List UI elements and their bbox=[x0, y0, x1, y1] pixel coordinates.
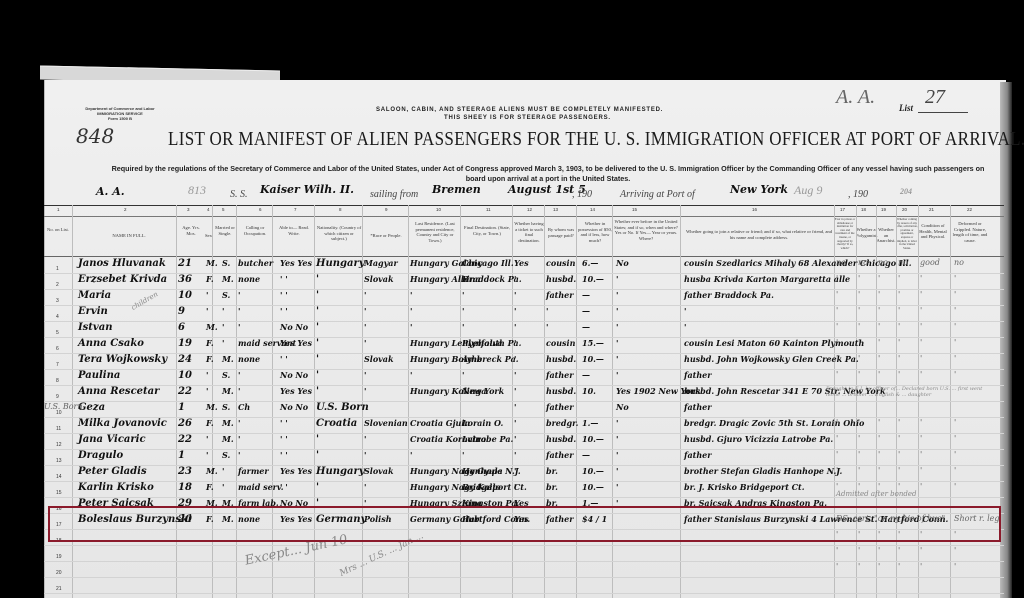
cell-calling: ' bbox=[238, 434, 240, 444]
table-row: 8Paulina10'S.'No No'''''father—'father''… bbox=[44, 370, 1004, 386]
cell-ticket: ' bbox=[514, 466, 516, 476]
cell-race: ' bbox=[364, 322, 366, 332]
cell-health: ' bbox=[920, 274, 922, 283]
cell-paid: ' bbox=[546, 306, 548, 316]
cell-before: ' bbox=[616, 434, 618, 444]
cell-married: S. bbox=[222, 370, 230, 380]
cell-age: 29 bbox=[178, 498, 192, 509]
cell-name: Anna Rescetar bbox=[78, 386, 159, 397]
cell-polyg: ' bbox=[858, 338, 860, 347]
cell-destination: Bridgeport Ct. bbox=[462, 482, 527, 492]
cell-polyg: ' bbox=[858, 354, 860, 363]
col-num: 6 bbox=[259, 207, 262, 212]
cell-calling: ' bbox=[238, 386, 240, 396]
form-department-label: Department of Commerce and Labor IMMIGRA… bbox=[60, 106, 180, 121]
cell-contract: ' bbox=[898, 338, 900, 347]
cell-calling: ' bbox=[238, 306, 240, 316]
cell-sex: M. bbox=[206, 258, 218, 268]
cell-money: 1.— bbox=[582, 418, 598, 428]
row-number: 9 bbox=[56, 394, 59, 400]
cell-name: Erzsebet Krivda bbox=[78, 274, 167, 285]
cell-money: — bbox=[582, 290, 590, 300]
cell-anarch: ' bbox=[878, 354, 880, 363]
row-number: 21 bbox=[56, 586, 62, 592]
header-last-residence: Last Residence. (Last permanent residenc… bbox=[410, 221, 460, 243]
cell-money: $4 / 1 bbox=[582, 514, 607, 524]
cell-rw: Yes Yes bbox=[280, 258, 312, 268]
cell-destination: Kingston Pa. bbox=[462, 498, 519, 508]
cell-polyg: ' bbox=[858, 274, 860, 283]
cell-nationality: ' bbox=[316, 434, 319, 445]
cell-before: ' bbox=[616, 354, 618, 364]
cell-health: ' bbox=[920, 530, 922, 539]
cell-rw: ' ' bbox=[280, 482, 288, 492]
cell-name: Peter Sajcsak bbox=[78, 498, 154, 509]
required-by-text: Required by the regulations of the Secre… bbox=[108, 164, 988, 184]
admitted-note: Admitted after bonded bbox=[836, 490, 917, 498]
cell-sex: ' bbox=[206, 386, 208, 396]
cell-sex: F. bbox=[206, 418, 214, 428]
row-number: 2 bbox=[56, 282, 59, 288]
cell-rw: No No bbox=[280, 498, 308, 508]
cell-name: Boleslaus Burzynski bbox=[78, 514, 192, 525]
table-row: 17Boleslaus Burzynski20F.M.noneYes YesGe… bbox=[44, 514, 1004, 530]
cell-destination: Chicago Ill. bbox=[462, 258, 514, 268]
cell-health: ' bbox=[920, 306, 922, 315]
cell-name: Ervin bbox=[78, 306, 108, 317]
cell-married: S. bbox=[222, 450, 230, 460]
cell-deformed: ' bbox=[954, 466, 956, 475]
cell-joining: br. J. Krisko Bridgeport Ct. bbox=[684, 482, 805, 492]
cell-money: 10.— bbox=[582, 466, 604, 476]
cell-race: ' bbox=[364, 482, 366, 492]
cell-paid: husbd. bbox=[546, 434, 576, 444]
cell-contract: ' bbox=[898, 418, 900, 427]
table-row: 16Peter Sajcsak29M.M.farm lab.No No''Hun… bbox=[44, 498, 1004, 514]
cell-ticket: ' bbox=[514, 370, 516, 380]
cell-calling: farmer bbox=[238, 466, 269, 476]
header-money: Whether in possession of $50, and if les… bbox=[578, 221, 612, 243]
cell-paid: br. bbox=[546, 482, 558, 492]
cell-married: M. bbox=[222, 354, 234, 364]
cell-nationality: ' bbox=[316, 306, 319, 317]
cell-joining: ' bbox=[684, 322, 686, 332]
cell-prison: no bbox=[836, 258, 846, 267]
cell-ticket: ' bbox=[514, 386, 516, 396]
cell-money: 1.— bbox=[582, 498, 598, 508]
cell-name: Dragulo bbox=[78, 450, 123, 461]
cell-anarch: ' bbox=[878, 306, 880, 315]
cell-joining: ' bbox=[684, 306, 686, 316]
cell-married: M. bbox=[222, 418, 234, 428]
cell-married: ' bbox=[222, 338, 224, 348]
cell-polyg: ' bbox=[858, 562, 860, 571]
cell-married: M. bbox=[222, 434, 234, 444]
cell-married: M. bbox=[222, 386, 234, 396]
cell-anarch: ' bbox=[878, 562, 880, 571]
list-mark: A. A. bbox=[836, 86, 875, 109]
header-prison: Ever in prison or almshouse or instituti… bbox=[834, 218, 856, 250]
col-num: 8 bbox=[339, 207, 342, 212]
cell-destination: Plymouth Pa. bbox=[462, 338, 521, 348]
row-number: 18 bbox=[56, 538, 62, 544]
cell-race: ' bbox=[364, 370, 366, 380]
cell-polyg: ' bbox=[858, 450, 860, 459]
cell-health: ' bbox=[920, 546, 922, 555]
cell-paid: bredgr. bbox=[546, 418, 578, 428]
cell-destination: ' bbox=[462, 306, 464, 316]
cell-race: Slovenian bbox=[364, 418, 408, 428]
cell-money: — bbox=[582, 322, 590, 332]
header-before-in-us: Whether ever before in the United States… bbox=[612, 219, 680, 241]
cell-destination: ' bbox=[462, 290, 464, 300]
cell-calling: farm lab. bbox=[238, 498, 279, 508]
col-num: 1 bbox=[57, 207, 60, 212]
cell-money: 6.— bbox=[582, 258, 598, 268]
cell-residence: ' bbox=[410, 290, 412, 300]
cell-anarch: no bbox=[878, 258, 888, 267]
cell-ticket: ' bbox=[514, 290, 516, 300]
cell-joining: husbd. John Wojkowsky Glen Creek Pa. bbox=[684, 354, 859, 364]
cell-nationality: ' bbox=[316, 274, 319, 285]
header-joining: Whether going to join a relative or frie… bbox=[684, 229, 834, 240]
cell-deformed: ' bbox=[954, 370, 956, 379]
row-number: 15 bbox=[56, 490, 62, 496]
row-number: 19 bbox=[56, 554, 62, 560]
cell-sex: F. bbox=[206, 482, 214, 492]
cell-calling: ' bbox=[238, 322, 240, 332]
cell-ticket: ' bbox=[514, 434, 516, 444]
table-row: 14Peter Gladis23M.'farmerYes YesHungaryS… bbox=[44, 466, 1004, 482]
cell-contract: ' bbox=[898, 450, 900, 459]
ship-code: A. A. bbox=[96, 185, 125, 198]
cell-health: ' bbox=[920, 418, 922, 427]
cell-nationality: ' bbox=[316, 498, 319, 509]
cell-health: ' bbox=[920, 434, 922, 443]
table-row: 1Janos Hluvanak21M.S.butcherYes YesHunga… bbox=[44, 258, 1004, 274]
ss-label: S. S. bbox=[230, 189, 248, 200]
cell-name: Jana Vicaric bbox=[78, 434, 146, 445]
col-num: 3 bbox=[187, 207, 190, 212]
cell-polyg: ' bbox=[858, 306, 860, 315]
cell-race: ' bbox=[364, 290, 366, 300]
header-ticket: Whether having a ticket to such final de… bbox=[514, 221, 544, 243]
cell-before: ' bbox=[616, 322, 618, 332]
cell-money: — bbox=[582, 306, 590, 316]
col-num: 18 bbox=[861, 207, 866, 212]
cell-ticket: Yes bbox=[514, 258, 529, 268]
cell-nationality: U.S. Born bbox=[316, 402, 369, 413]
header-married: Married or Single. bbox=[214, 225, 236, 236]
cell-prison: ' bbox=[836, 466, 838, 475]
cell-anarch: ' bbox=[878, 338, 880, 347]
cell-anarch: ' bbox=[878, 546, 880, 555]
cell-deformed: Short r. leg bbox=[954, 514, 999, 523]
arriving-label: Arriving at Port of bbox=[620, 189, 695, 200]
row-number: 17 bbox=[56, 522, 62, 528]
cell-anarch: ' bbox=[878, 418, 880, 427]
col-num: 4 bbox=[207, 207, 210, 212]
cell-age: 19 bbox=[178, 338, 192, 349]
cell-married: S. bbox=[222, 290, 230, 300]
cell-health: ' bbox=[920, 370, 922, 379]
list-number: 27 bbox=[925, 86, 945, 109]
table-row: 5Istvan6M.''No No''''''—'''''''' bbox=[44, 322, 1004, 338]
cell-deformed: ' bbox=[954, 530, 956, 539]
cell-rw: No No bbox=[280, 370, 308, 380]
cell-prison: ' bbox=[836, 546, 838, 555]
cell-residence: ' bbox=[410, 370, 412, 380]
cell-calling: Ch bbox=[238, 402, 250, 412]
row-number: 1 bbox=[56, 266, 59, 272]
cell-race: Slovak bbox=[364, 354, 394, 364]
margin-note-us-born: U.S. Born bbox=[44, 402, 83, 411]
document-title: LIST OR MANIFEST OF ALIEN PASSENGERS FOR… bbox=[168, 128, 1024, 151]
cell-ticket: ' bbox=[514, 418, 516, 428]
cell-calling: ' bbox=[238, 450, 240, 460]
cell-contract: ' bbox=[898, 354, 900, 363]
cell-prison: ' bbox=[836, 418, 838, 427]
cell-anarch: ' bbox=[878, 322, 880, 331]
cell-destination: Ambreck Pa. bbox=[462, 354, 519, 364]
cell-money: — bbox=[582, 370, 590, 380]
faint-number: 813 bbox=[188, 183, 206, 198]
table-row: 18'''''' bbox=[44, 530, 1004, 546]
col-num: 9 bbox=[385, 207, 388, 212]
cell-money: 10.— bbox=[582, 434, 604, 444]
col-num: 13 bbox=[553, 207, 558, 212]
cell-destination: ' bbox=[462, 450, 464, 460]
cell-before: ' bbox=[616, 466, 618, 476]
table-row: 21 bbox=[44, 578, 1004, 594]
cell-joining: father bbox=[684, 402, 711, 412]
cell-ticket: Yes bbox=[514, 514, 529, 524]
cell-age: 21 bbox=[178, 258, 192, 269]
row-number: 14 bbox=[56, 474, 62, 480]
cell-calling: none bbox=[238, 354, 260, 364]
header-deformed: Deformed or Crippled. Nature, length of … bbox=[950, 221, 990, 243]
cell-rw: ' ' bbox=[280, 290, 288, 300]
margin-note-rows-9-10: Brought to E.I. by officer of... Declare… bbox=[826, 386, 996, 398]
header-nationality: Nationality. (Country of which citizen o… bbox=[316, 225, 362, 242]
cell-prison: ' bbox=[836, 434, 838, 443]
cell-nationality: ' bbox=[316, 370, 319, 381]
cell-contract: ' bbox=[898, 530, 900, 539]
cell-health: ' bbox=[920, 482, 922, 491]
table-row: 3Maria10'S.'' ''''''father—'father Bradd… bbox=[44, 290, 1004, 306]
cell-ticket: ' bbox=[514, 402, 516, 412]
cell-health: good bbox=[920, 258, 940, 267]
row-number: 7 bbox=[56, 362, 59, 368]
cell-rw: ' ' bbox=[280, 450, 288, 460]
cell-before: ' bbox=[616, 338, 618, 348]
cell-deformed: ' bbox=[954, 562, 956, 571]
cell-married: ' bbox=[222, 482, 224, 492]
cell-residence: ' bbox=[410, 322, 412, 332]
header-passage-paid: By whom was passage paid? bbox=[546, 227, 576, 238]
cell-joining: father Braddock Pa. bbox=[684, 290, 774, 300]
cell-name: Peter Gladis bbox=[78, 466, 147, 477]
cell-name: Istvan bbox=[78, 322, 113, 333]
table-row: 20'''''' bbox=[44, 562, 1004, 578]
cell-paid: husbd. bbox=[546, 274, 576, 284]
cell-married: ' bbox=[222, 322, 224, 332]
cell-sex: ' bbox=[206, 450, 208, 460]
col-num: 7 bbox=[294, 207, 297, 212]
cell-money: 10.— bbox=[582, 482, 604, 492]
cell-sex: M. bbox=[206, 466, 218, 476]
cell-race: ' bbox=[364, 306, 366, 316]
cell-before: ' bbox=[616, 482, 618, 492]
table-row: 19'''''' bbox=[44, 546, 1004, 562]
cell-anarch: ' bbox=[878, 530, 880, 539]
cell-paid: father bbox=[546, 370, 573, 380]
cell-contract: ' bbox=[898, 322, 900, 331]
cell-sex: F. bbox=[206, 354, 214, 364]
cell-paid: husbd. bbox=[546, 354, 576, 364]
cell-calling: ' bbox=[238, 290, 240, 300]
cell-prison: ' bbox=[836, 290, 838, 299]
cell-paid: cousin bbox=[546, 258, 575, 268]
cell-nationality: Hungary bbox=[316, 466, 365, 477]
cell-residence: ' bbox=[410, 306, 412, 316]
cell-calling: maid serv. bbox=[238, 482, 284, 492]
cell-money: 10.— bbox=[582, 354, 604, 364]
cell-money: — bbox=[582, 450, 590, 460]
cell-age: 22 bbox=[178, 386, 192, 397]
handwritten-file-mark: 848 bbox=[76, 124, 114, 148]
cell-before: ' bbox=[616, 418, 618, 428]
cell-sex: ' bbox=[206, 306, 208, 316]
cell-before: ' bbox=[616, 306, 618, 316]
cell-sex: M. bbox=[206, 498, 218, 508]
header-polygamist: Whether a Polygamist. bbox=[856, 227, 876, 238]
cell-age: 26 bbox=[178, 418, 192, 429]
cell-contract: ' bbox=[898, 306, 900, 315]
cell-health: ' bbox=[920, 338, 922, 347]
col-num: 22 bbox=[967, 207, 972, 212]
cell-ticket: ' bbox=[514, 482, 516, 492]
cell-sex: M. bbox=[206, 402, 218, 412]
cell-deformed: ' bbox=[954, 338, 956, 347]
cell-money: 10. bbox=[582, 386, 596, 396]
cell-rw: Yes Yes bbox=[280, 514, 312, 524]
cell-prison: ' bbox=[836, 530, 838, 539]
cell-health: ' bbox=[920, 466, 922, 475]
cell-paid: father bbox=[546, 514, 573, 524]
col-num: 11 bbox=[486, 207, 491, 212]
cell-health: ' bbox=[920, 354, 922, 363]
cell-residence: ' bbox=[410, 450, 412, 460]
cell-destination: Latrobe Pa. bbox=[462, 434, 513, 444]
cell-race: ' bbox=[364, 338, 366, 348]
cell-nationality: ' bbox=[316, 450, 319, 461]
cell-anarch: ' bbox=[878, 370, 880, 379]
cell-sex: ' bbox=[206, 434, 208, 444]
cell-calling: ' bbox=[238, 370, 240, 380]
header-contract-labor: Whether coming by reason of any offer, s… bbox=[896, 218, 918, 250]
sailing-from-label: sailing from bbox=[370, 189, 418, 200]
cell-married: ' bbox=[222, 306, 224, 316]
table-row: 12Jana Vicaric22'M.'' '''Croatia Korovin… bbox=[44, 434, 1004, 450]
cell-paid: husbd. bbox=[546, 386, 576, 396]
cell-nationality: ' bbox=[316, 338, 319, 349]
cell-anarch: ' bbox=[878, 290, 880, 299]
cell-before: ' bbox=[616, 450, 618, 460]
cell-deformed: no bbox=[954, 258, 964, 267]
cell-sex: F. bbox=[206, 274, 214, 284]
cell-nationality: ' bbox=[316, 322, 319, 333]
col-num: 17 bbox=[840, 207, 845, 212]
cell-race: ' bbox=[364, 434, 366, 444]
cell-prison: ' bbox=[836, 338, 838, 347]
cell-name: Milka Jovanovic bbox=[78, 418, 167, 429]
cell-rw: Yes Yes bbox=[280, 386, 312, 396]
cell-contract: no bbox=[898, 258, 908, 267]
col-num: 12 bbox=[527, 207, 532, 212]
cell-destination: ' bbox=[462, 370, 464, 380]
cell-age: 36 bbox=[178, 274, 192, 285]
cell-age: 1 bbox=[178, 450, 185, 461]
cell-sex: M. bbox=[206, 322, 218, 332]
cell-paid: father bbox=[546, 290, 573, 300]
cell-married: S. bbox=[222, 402, 230, 412]
cell-married: M. bbox=[222, 514, 234, 524]
cell-age: 10 bbox=[178, 370, 192, 381]
cell-prison: ' bbox=[836, 306, 838, 315]
cell-age: 10 bbox=[178, 290, 192, 301]
cell-rw: ' ' bbox=[280, 274, 288, 284]
cell-name: Maria bbox=[78, 290, 111, 301]
col-num: 21 bbox=[929, 207, 934, 212]
cell-joining: father bbox=[684, 370, 711, 380]
cell-rw: ' ' bbox=[280, 418, 288, 428]
cell-polyg: ' bbox=[858, 530, 860, 539]
header-no-on-list: No. on List. bbox=[46, 227, 70, 233]
cell-name: Janos Hluvanak bbox=[78, 258, 166, 269]
cell-destination: Hanhope N.J. bbox=[462, 466, 521, 476]
cell-race: ' bbox=[364, 450, 366, 460]
cell-health: ' bbox=[920, 290, 922, 299]
cell-polyg: ' bbox=[858, 418, 860, 427]
cell-rw: Yes Yes bbox=[280, 466, 312, 476]
cell-health: ' bbox=[920, 322, 922, 331]
cell-age: 22 bbox=[178, 434, 192, 445]
col-num: 19 bbox=[881, 207, 886, 212]
cell-health: ' bbox=[920, 562, 922, 571]
cell-contract: ' bbox=[898, 274, 900, 283]
cell-contract: ' bbox=[898, 562, 900, 571]
cell-sex: F. bbox=[206, 514, 214, 524]
cell-deformed: ' bbox=[954, 322, 956, 331]
cell-race: ' bbox=[364, 498, 366, 508]
list-label: List bbox=[899, 103, 913, 113]
cell-before: ' bbox=[616, 290, 618, 300]
row-number: 13 bbox=[56, 458, 62, 464]
cell-nationality: ' bbox=[316, 354, 319, 365]
cell-married: M. bbox=[222, 274, 234, 284]
col-num: 2 bbox=[124, 207, 127, 212]
cell-polyg: ' bbox=[858, 290, 860, 299]
cell-calling: none bbox=[238, 274, 260, 284]
cell-sex: F. bbox=[206, 338, 214, 348]
cell-paid: br. bbox=[546, 498, 558, 508]
cell-destination: Lorain O. bbox=[462, 418, 503, 428]
cell-calling: butcher bbox=[238, 258, 273, 268]
cell-ticket: ' bbox=[514, 322, 516, 332]
cell-ticket: Yes bbox=[514, 498, 529, 508]
cell-age: 9 bbox=[178, 306, 185, 317]
